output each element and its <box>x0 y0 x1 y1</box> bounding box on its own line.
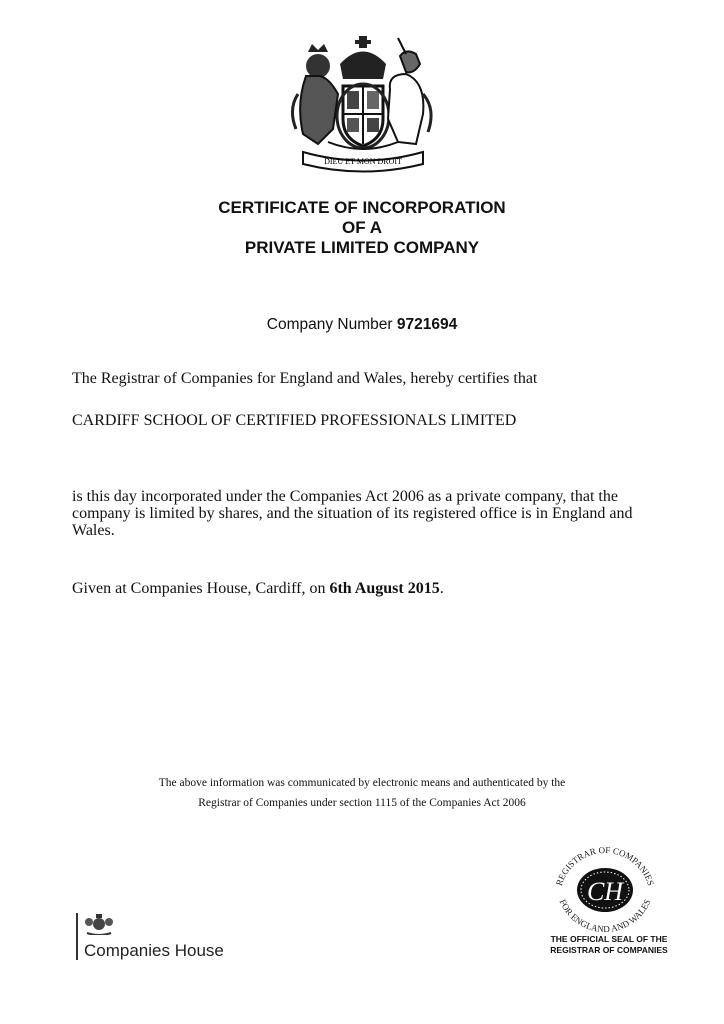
company-number-label: Company Number <box>267 316 393 333</box>
registrar-seal-icon: REGISTRAR OF COMPANIES FOR ENGLAND AND W… <box>540 838 670 938</box>
svg-text:DIEU ET MON DROIT: DIEU ET MON DROIT <box>324 157 402 166</box>
given-suffix: . <box>440 580 444 597</box>
authentication-footnote: The above information was communicated b… <box>0 773 724 813</box>
company-number-value: 9721694 <box>397 316 457 333</box>
companies-house-crest-icon <box>84 913 114 935</box>
royal-coat-of-arms-icon: DIEU ET MON DROIT <box>288 34 438 174</box>
certificate-title: CERTIFICATE OF INCORPORATION OF A PRIVAT… <box>0 198 724 258</box>
certifies-line: The Registrar of Companies for England a… <box>72 370 662 388</box>
company-number: Company Number 9721694 <box>0 316 724 334</box>
incorporation-statement: is this day incorporated under the Compa… <box>72 488 662 539</box>
given-at-line: Given at Companies House, Cardiff, on 6t… <box>72 580 662 598</box>
companies-house-logo-text: Companies House <box>84 941 224 961</box>
seal-caption: THE OFFICIAL SEAL OF THE REGISTRAR OF CO… <box>524 934 694 956</box>
title-line-2: OF A <box>0 218 724 238</box>
seal-caption-line-2: REGISTRAR OF COMPANIES <box>524 945 694 956</box>
footnote-line-1: The above information was communicated b… <box>0 773 724 793</box>
title-line-1: CERTIFICATE OF INCORPORATION <box>0 198 724 218</box>
title-line-3: PRIVATE LIMITED COMPANY <box>0 238 724 258</box>
footnote-line-2: Registrar of Companies under section 111… <box>0 793 724 813</box>
given-date: 6th August 2015 <box>329 580 439 597</box>
company-name: CARDIFF SCHOOL OF CERTIFIED PROFESSIONAL… <box>72 412 662 430</box>
logo-divider <box>76 913 78 960</box>
seal-caption-line-1: THE OFFICIAL SEAL OF THE <box>524 934 694 945</box>
given-prefix: Given at Companies House, Cardiff, on <box>72 580 325 597</box>
seal-monogram: CH <box>587 877 624 906</box>
